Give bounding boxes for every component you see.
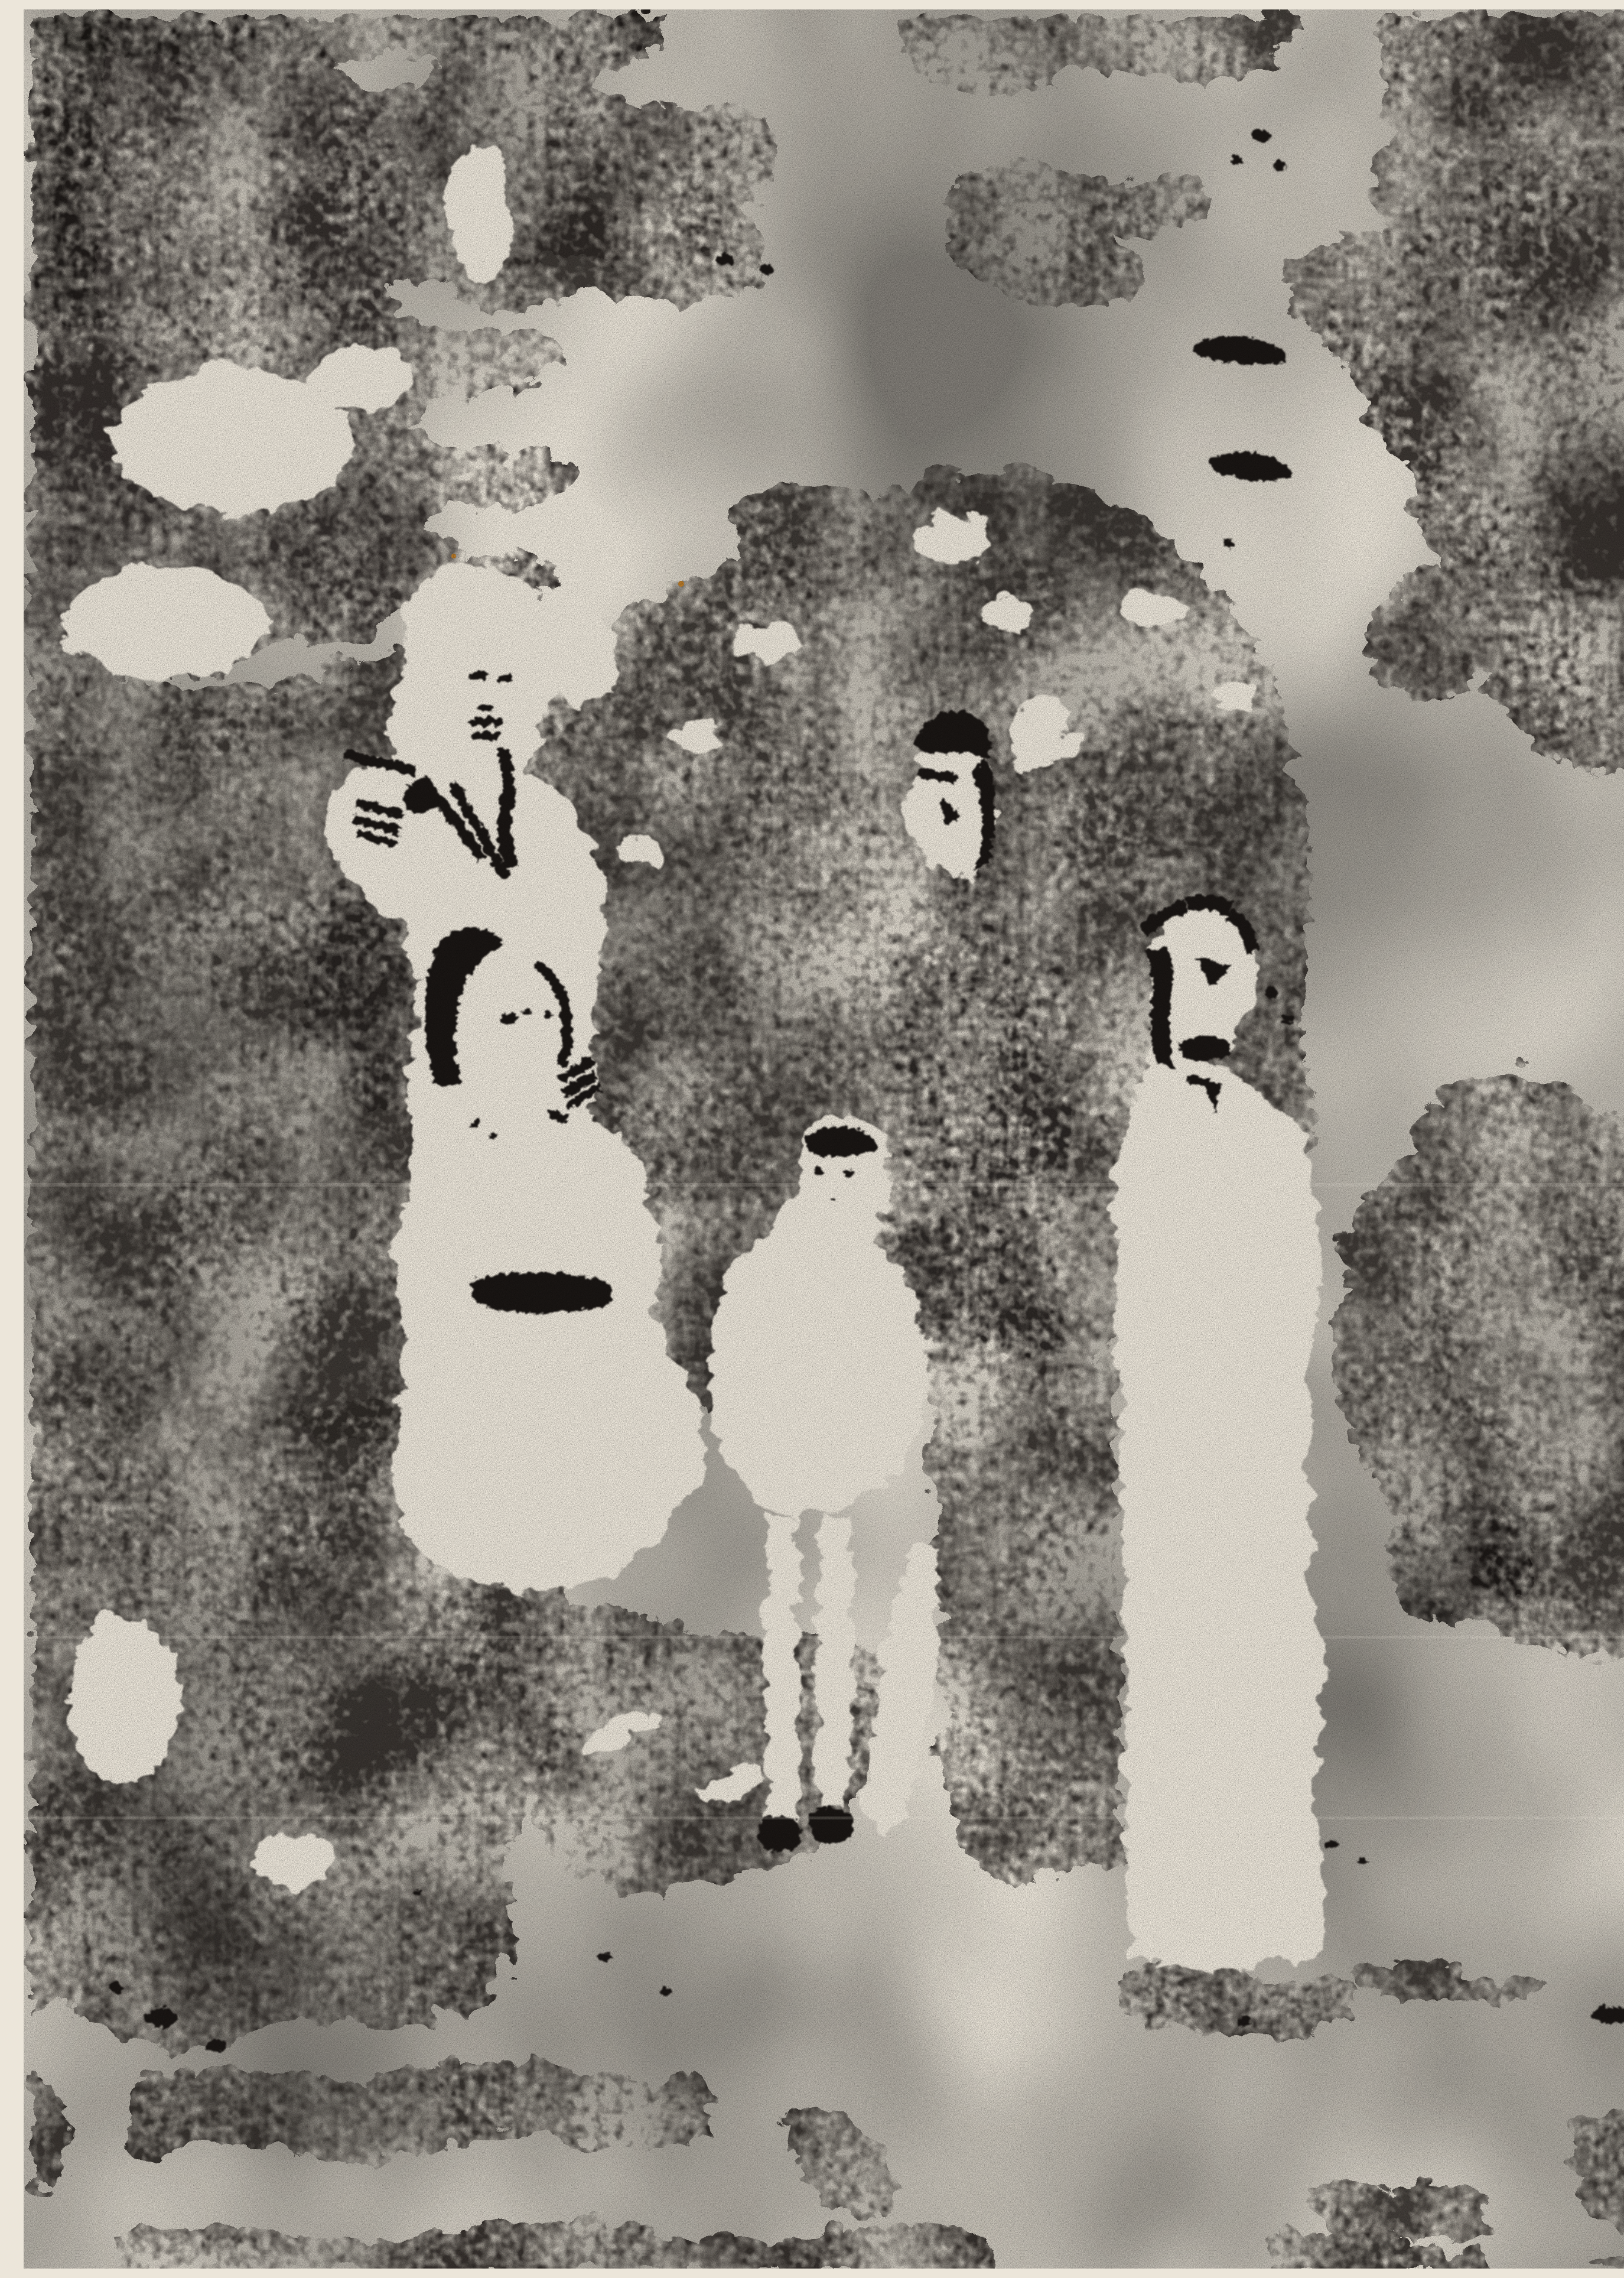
photocopy-canvas: Photocopied group photograph (no text vi…	[24, 9, 1624, 2269]
photocopied-photo: Photocopied group photograph (no text vi…	[24, 9, 1624, 2269]
photocopy-grain-overlay	[24, 9, 1624, 2269]
